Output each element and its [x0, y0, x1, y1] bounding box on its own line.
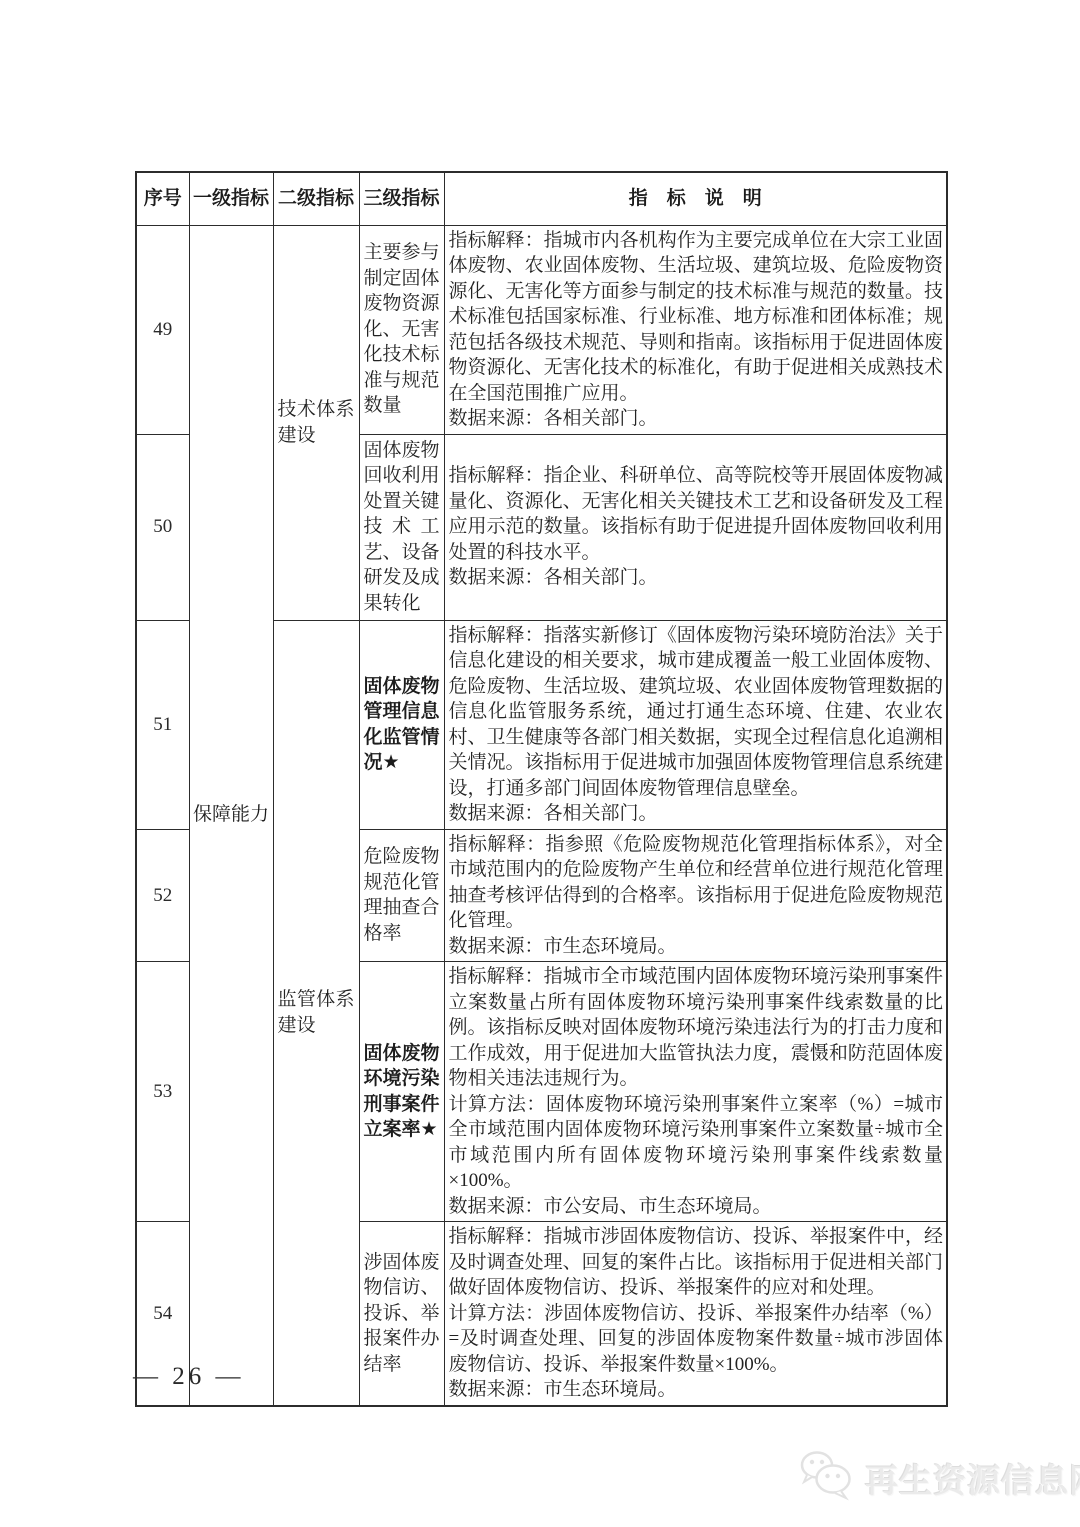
- level3-indicator-cell: 固体废物环境污染刑事案件立案率★: [359, 962, 444, 1222]
- description-paragraph: 指标解释：指落实新修订《固体废物污染环境防治法》关于信息化建设的相关要求，城市建…: [449, 623, 944, 802]
- indicator-description-cell: 指标解释：指城市内各机构作为主要完成单位在大宗工业固体废物、农业固体废物、生活垃…: [444, 225, 947, 434]
- level3-indicator-cell: 固体废物回收利用处置关键技术工艺、设备研发及成果转化: [359, 434, 444, 620]
- header-level1-indicator: 一级指标: [189, 172, 273, 225]
- header-indicator-description: 指 标 说 明: [444, 172, 947, 225]
- indicator-table: 序号 一级指标 二级指标 三级指标 指 标 说 明 49 保障能力 技术体系建设…: [135, 171, 948, 1407]
- data-source-paragraph: 数据来源：市生态环境局。: [449, 1377, 944, 1403]
- level2-indicator-cell-tech: 技术体系建设: [273, 225, 359, 620]
- table-header-row: 序号 一级指标 二级指标 三级指标 指 标 说 明: [136, 172, 947, 225]
- row-number: 51: [136, 620, 189, 829]
- description-paragraph: 指标解释：指城市全市域范围内固体废物环境污染刑事案件立案数量占所有固体废物环境污…: [449, 964, 944, 1092]
- header-level2-indicator: 二级指标: [273, 172, 359, 225]
- indicator-description-cell: 指标解释：指参照《危险废物规范化管理指标体系》，对全市域范围内的危险废物产生单位…: [444, 829, 947, 962]
- indicator-description-cell: 指标解释：指落实新修订《固体废物污染环境防治法》关于信息化建设的相关要求，城市建…: [444, 620, 947, 829]
- row-number: 49: [136, 225, 189, 434]
- data-source-paragraph: 数据来源：市公安局、市生态环境局。: [449, 1194, 944, 1220]
- watermark-text: 再生资源信息网: [865, 1455, 1080, 1502]
- description-paragraph: 指标解释：指企业、科研单位、高等院校等开展固体废物减量化、资源化、无害化相关关键…: [449, 463, 944, 565]
- data-source-paragraph: 数据来源：各相关部门。: [449, 406, 944, 432]
- calculation-method-paragraph: 计算方法：涉固体废物信访、投诉、举报案件办结率（%）=及时调查处理、回复的涉固体…: [449, 1301, 944, 1378]
- level3-indicator-cell: 涉固体废物信访、投诉、举报案件办结率: [359, 1222, 444, 1406]
- level3-indicator-cell: 危险废物规范化管理抽查合格率: [359, 829, 444, 962]
- watermark: 再生资源信息网: [795, 1448, 1080, 1509]
- indicator-description-cell: 指标解释：指城市涉固体废物信访、投诉、举报案件中，经及时调查处理、回复的案件占比…: [444, 1222, 947, 1406]
- row-number: 52: [136, 829, 189, 962]
- header-serial-number: 序号: [136, 172, 189, 225]
- calculation-method-paragraph: 计算方法：固体废物环境污染刑事案件立案率（%）=城市全市域范围内固体废物环境污染…: [449, 1092, 944, 1194]
- data-source-paragraph: 数据来源：各相关部门。: [449, 801, 944, 827]
- description-paragraph: 指标解释：指参照《危险废物规范化管理指标体系》，对全市域范围内的危险废物产生单位…: [449, 832, 944, 934]
- level1-indicator-cell: 保障能力: [189, 225, 273, 1406]
- description-paragraph: 指标解释：指城市内各机构作为主要完成单位在大宗工业固体废物、农业固体废物、生活垃…: [449, 228, 944, 407]
- indicator-description-cell: 指标解释：指城市全市域范围内固体废物环境污染刑事案件立案数量占所有固体废物环境污…: [444, 962, 947, 1222]
- row-number: 50: [136, 434, 189, 620]
- indicator-row-49: 49 保障能力 技术体系建设 主要参与制定固体废物资源化、无害化技术标准与规范数…: [136, 225, 947, 434]
- description-paragraph: 指标解释：指城市涉固体废物信访、投诉、举报案件中，经及时调查处理、回复的案件占比…: [449, 1224, 944, 1301]
- level3-indicator-cell: 固体废物管理信息化监管情况★: [359, 620, 444, 829]
- level3-indicator-cell: 主要参与制定固体废物资源化、无害化技术标准与规范数量: [359, 225, 444, 434]
- page-number: — 26 —: [133, 1363, 245, 1391]
- data-source-paragraph: 数据来源：市生态环境局。: [449, 934, 944, 960]
- indicator-description-cell: 指标解释：指企业、科研单位、高等院校等开展固体废物减量化、资源化、无害化相关关键…: [444, 434, 947, 620]
- wechat-chat-bubbles-icon: [795, 1448, 857, 1509]
- row-number: 53: [136, 962, 189, 1222]
- level2-indicator-cell-supervision: 监管体系建设: [273, 620, 359, 1406]
- data-source-paragraph: 数据来源：各相关部门。: [449, 565, 944, 591]
- header-level3-indicator: 三级指标: [359, 172, 444, 225]
- document-page: { "table": { "headers": { "no": "序号", "l…: [0, 0, 1080, 1527]
